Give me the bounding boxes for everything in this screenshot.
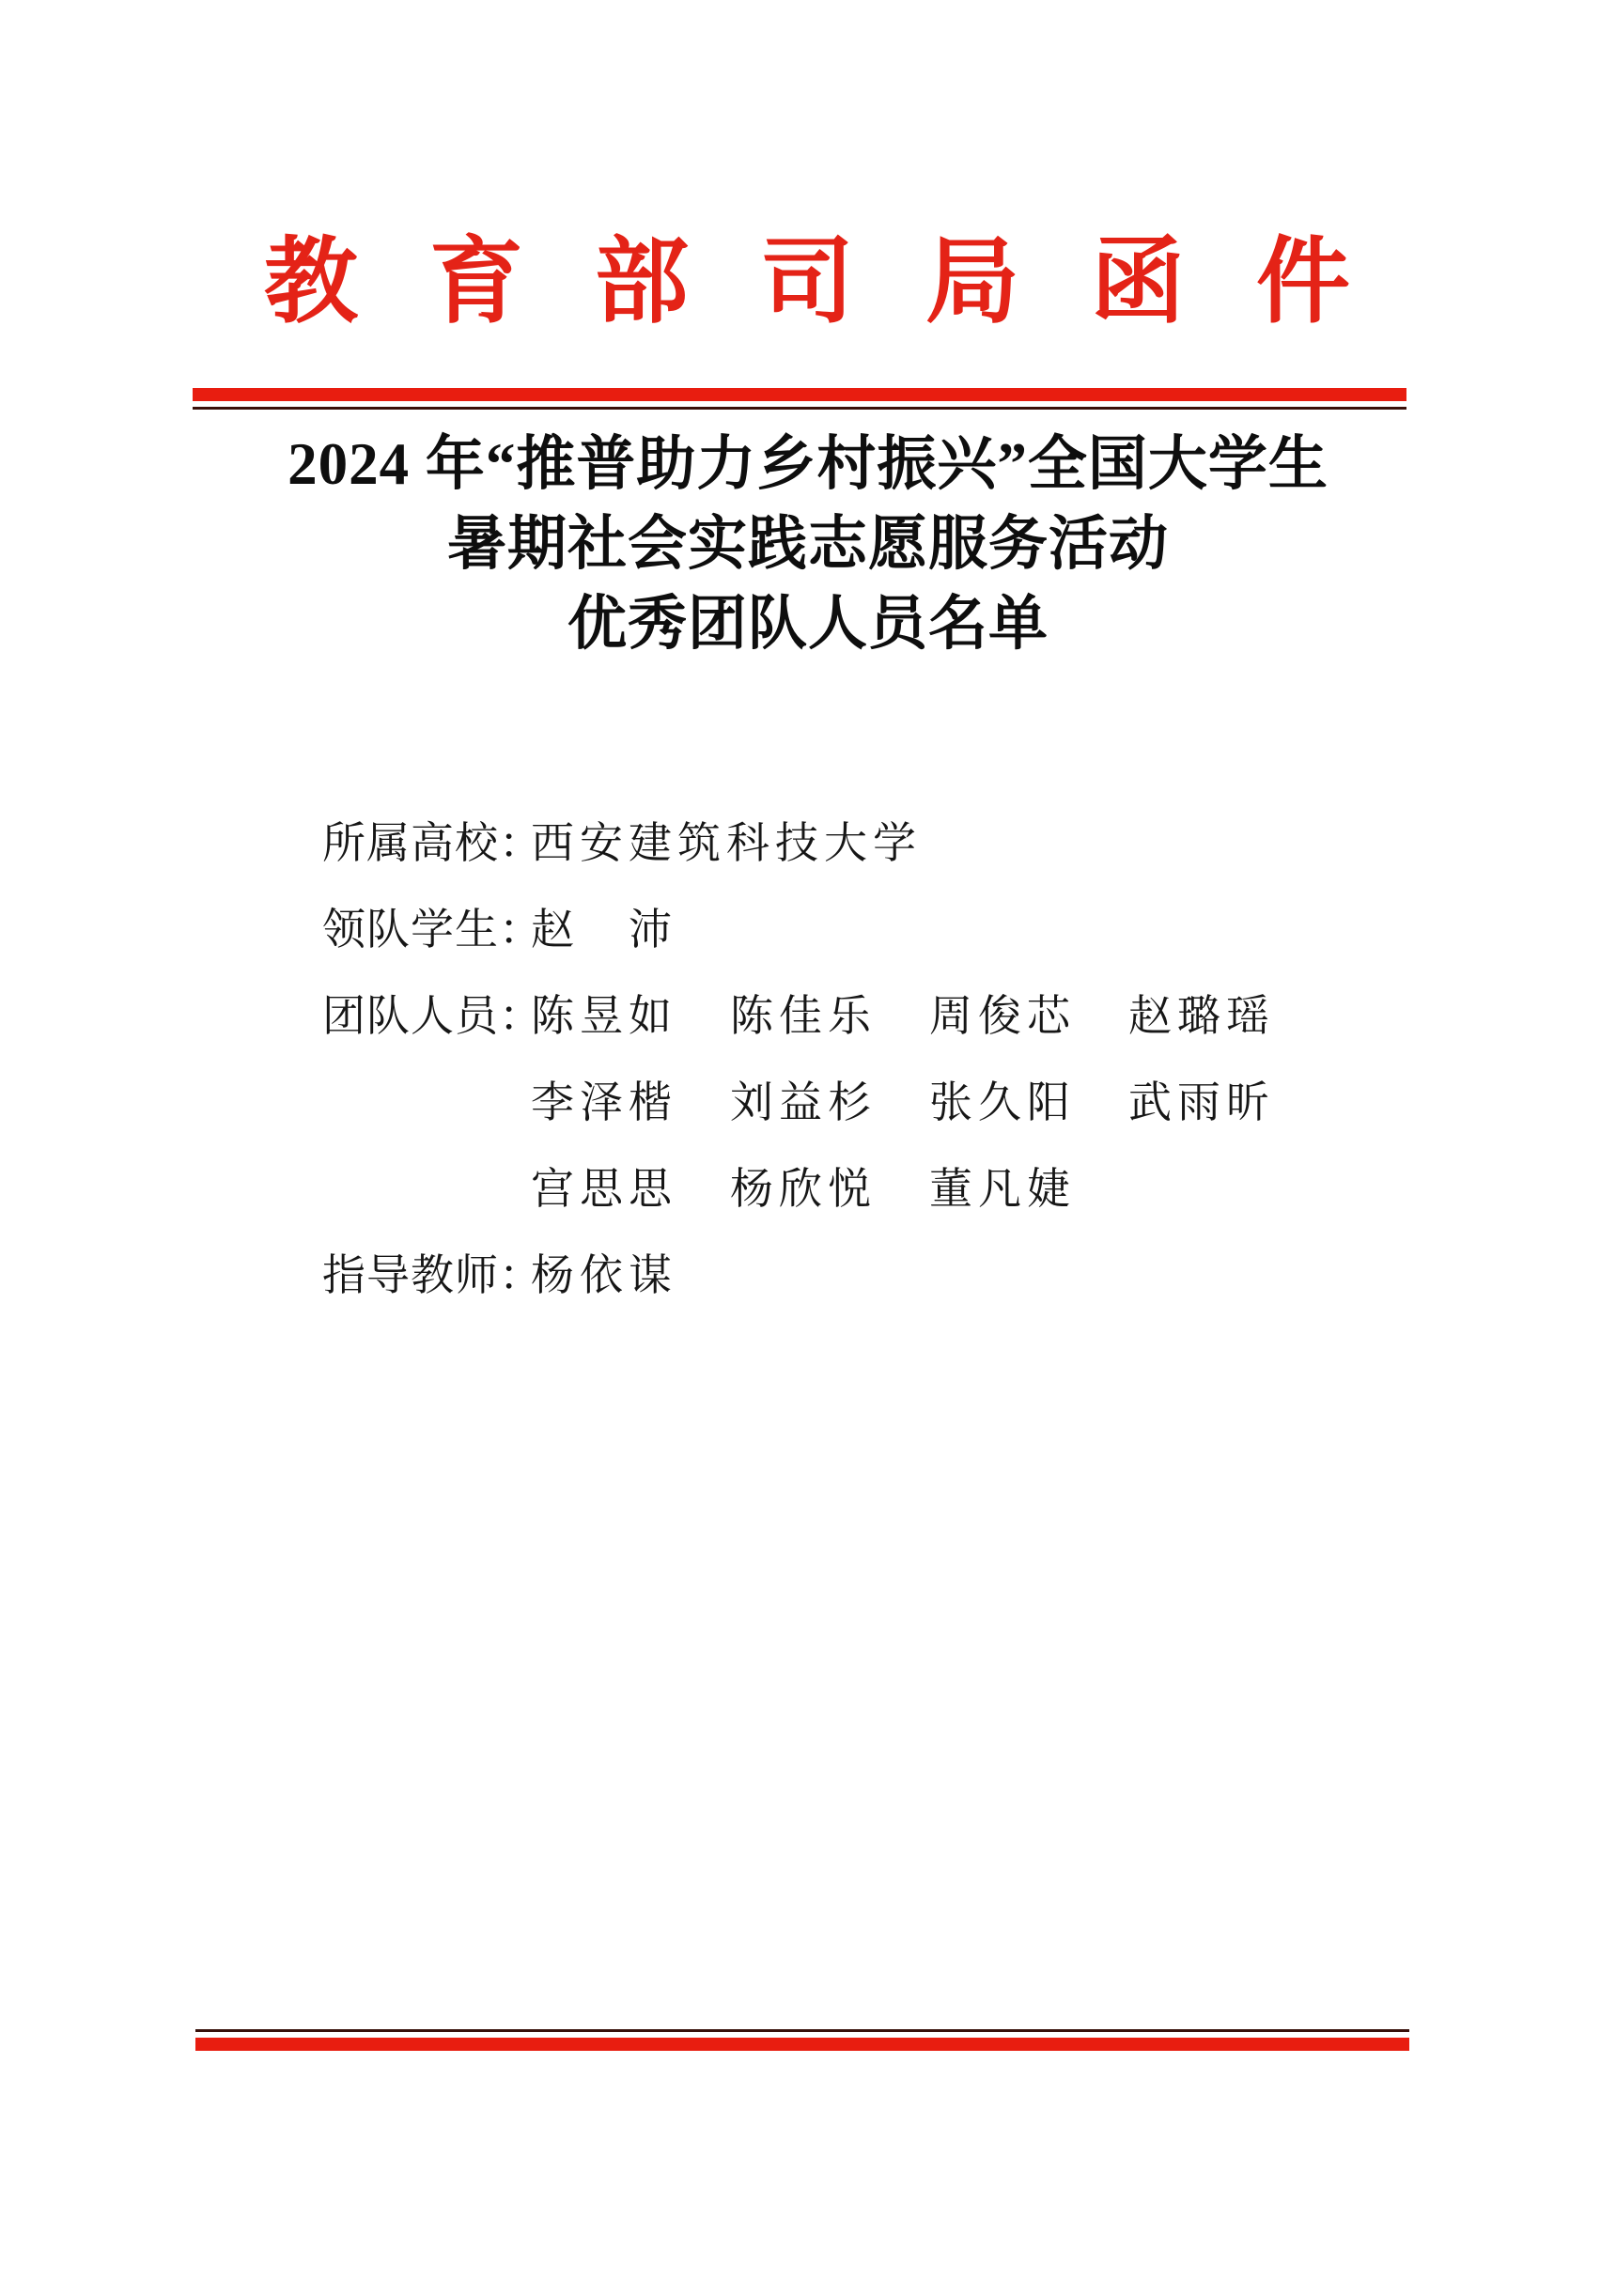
team-member-name: 董凡婕 bbox=[929, 1165, 1076, 1214]
field-leader-label: 领队学生： bbox=[322, 906, 531, 954]
field-teacher: 指导教师： 杨依谋 bbox=[322, 1251, 1275, 1338]
header-double-rule bbox=[193, 388, 1406, 410]
field-team-label: 团队人员： bbox=[322, 992, 531, 1041]
footer-rule-thin-dark bbox=[195, 2029, 1409, 2032]
field-teacher-label: 指导教师： bbox=[322, 1251, 531, 1300]
team-member-name: 宫思思 bbox=[531, 1165, 677, 1214]
team-member-name: 武雨昕 bbox=[1128, 1078, 1275, 1127]
team-member-name: 陈昱如 bbox=[531, 992, 677, 1041]
field-school: 所属高校： 西安建筑科技大学 bbox=[322, 819, 1275, 906]
document-title: 2024 年“推普助力乡村振兴”全国大学生 暑期社会实践志愿服务活动 优秀团队人… bbox=[0, 425, 1616, 664]
team-names-row3: 宫思思 杨欣悦 董凡婕 bbox=[531, 1165, 1076, 1214]
field-school-label: 所属高校： bbox=[322, 819, 531, 868]
team-names-row1: 陈昱如 陈佳乐 周俊芯 赵璐瑶 bbox=[531, 992, 1275, 1041]
document-title-line2: 暑期社会实践志愿服务活动 bbox=[0, 504, 1616, 584]
team-member-name: 陈佳乐 bbox=[730, 992, 877, 1041]
document-title-line1: 2024 年“推普助力乡村振兴”全国大学生 bbox=[0, 425, 1616, 504]
footer-double-rule bbox=[195, 2029, 1409, 2051]
field-team-row3: 宫思思 杨欣悦 董凡婕 bbox=[322, 1165, 1275, 1251]
header-rule-thin-dark bbox=[193, 407, 1406, 410]
document-title-line3: 优秀团队人员名单 bbox=[0, 584, 1616, 664]
field-leader-value: 赵 沛 bbox=[531, 906, 677, 954]
team-member-name: 刘益杉 bbox=[730, 1078, 877, 1127]
letterhead-title: 教 育 部 司 局 函 件 bbox=[0, 231, 1616, 334]
team-names-row2: 李泽楷 刘益杉 张久阳 武雨昕 bbox=[531, 1078, 1275, 1127]
team-member-name: 赵璐瑶 bbox=[1128, 992, 1275, 1041]
official-letter-page: 教 育 部 司 局 函 件 2024 年“推普助力乡村振兴”全国大学生 暑期社会… bbox=[0, 0, 1616, 2296]
team-member-name: 周俊芯 bbox=[929, 992, 1076, 1041]
field-school-value: 西安建筑科技大学 bbox=[531, 819, 922, 868]
field-team-row1: 团队人员： 陈昱如 陈佳乐 周俊芯 赵璐瑶 bbox=[322, 992, 1275, 1078]
document-body: 所属高校： 西安建筑科技大学 领队学生： 赵 沛 团队人员： 陈昱如 陈佳乐 周… bbox=[322, 819, 1275, 1338]
field-team-row2: 李泽楷 刘益杉 张久阳 武雨昕 bbox=[322, 1078, 1275, 1165]
team-member-name: 杨欣悦 bbox=[730, 1165, 877, 1214]
field-leader: 领队学生： 赵 沛 bbox=[322, 906, 1275, 992]
header-rule-thick-red bbox=[193, 388, 1406, 401]
team-member-name: 李泽楷 bbox=[531, 1078, 677, 1127]
team-member-name: 张久阳 bbox=[929, 1078, 1076, 1127]
field-teacher-value: 杨依谋 bbox=[531, 1251, 677, 1300]
footer-rule-thick-red bbox=[195, 2038, 1409, 2051]
